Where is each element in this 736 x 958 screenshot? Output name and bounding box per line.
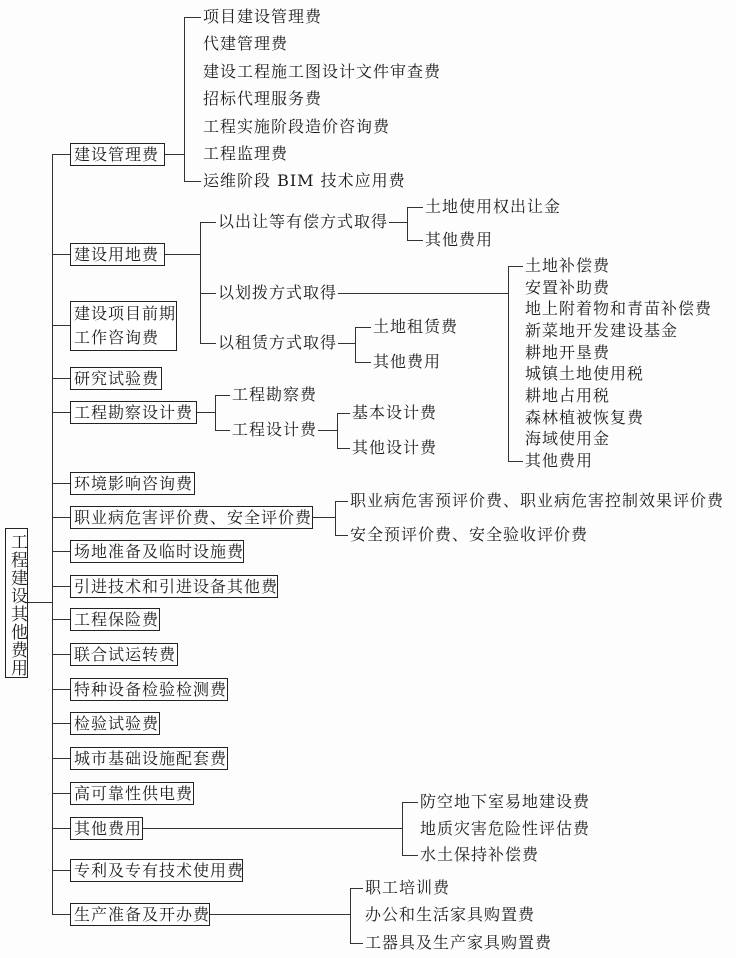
branch-bracket [350, 888, 351, 943]
category-land-use: 建设用地费 [70, 243, 165, 266]
branch-bracket [200, 222, 201, 343]
leaf-item: 地质灾害危险性评估费 [420, 818, 590, 840]
main-trunk-line [52, 154, 53, 914]
branch-connector [338, 293, 508, 294]
sub-branch-paid-transfer: 以出让等有偿方式取得 [218, 211, 388, 233]
leaf-stub [508, 461, 523, 462]
category-stub [52, 914, 70, 915]
category-stub [52, 154, 70, 155]
category-label-line: 工作咨询费 [74, 326, 176, 350]
branch-bracket [402, 802, 403, 855]
leaf-item: 城镇土地使用税 [525, 363, 644, 385]
category-stub [52, 412, 70, 413]
category-preliminary-consulting: 建设项目前期 工作咨询费 [70, 301, 177, 351]
leaf-item: 新菜地开发建设基金 [525, 320, 678, 342]
leaf-item: 工程实施阶段造价咨询费 [203, 116, 390, 138]
leaf-stub [355, 362, 371, 363]
branch-connector [318, 430, 337, 431]
category-research-test: 研究试验费 [70, 367, 162, 390]
category-site-preparation: 场地准备及临时设施费 [70, 540, 244, 563]
leaf-item: 地上附着物和青苗补偿费 [525, 298, 712, 320]
leaf-item: 运维阶段 BIM 技术应用费 [203, 170, 406, 192]
category-stub [52, 517, 70, 518]
sub-branch-stub [200, 293, 216, 294]
leaf-stub [184, 17, 201, 18]
category-special-equipment-inspection: 特种设备检验检测费 [70, 678, 228, 701]
leaf-item: 基本设计费 [352, 402, 437, 424]
leaf-item: 安全预评价费、安全验收评价费 [350, 524, 588, 546]
category-occupational-safety-evaluation: 职业病危害评价费、安全评价费 [70, 506, 313, 529]
leaf-stub [355, 327, 371, 328]
category-stub [52, 551, 70, 552]
category-stub [52, 828, 70, 829]
leaf-item: 耕地占用税 [525, 385, 610, 407]
category-stub [52, 870, 70, 871]
root-connector [28, 602, 52, 603]
branch-bracket [215, 395, 216, 430]
branch-bracket [355, 327, 356, 362]
branch-connector [197, 412, 215, 413]
category-stub [52, 619, 70, 620]
leaf-stub [350, 888, 363, 889]
branch-connector [313, 517, 335, 518]
category-insurance: 工程保险费 [70, 608, 160, 631]
category-imported-technology: 引进技术和引进设备其他费 [70, 575, 278, 598]
sub-branch-design: 工程设计费 [232, 419, 317, 441]
category-production-preparation: 生产准备及开办费 [70, 903, 210, 926]
leaf-stub [337, 413, 350, 414]
leaf-stub [402, 802, 418, 803]
branch-bracket [407, 207, 408, 240]
leaf-item: 土地使用权出让金 [425, 196, 561, 218]
leaf-item: 其他费用 [425, 229, 493, 251]
category-stub [52, 654, 70, 655]
category-construction-management: 建设管理费 [70, 143, 165, 166]
leaf-item: 招标代理服务费 [203, 88, 322, 110]
category-stub [52, 325, 70, 326]
category-stub [52, 689, 70, 690]
leaf-stub [508, 266, 523, 267]
sub-branch-stub [215, 430, 230, 431]
branch-connector [338, 343, 355, 344]
leaf-item: 职业病危害预评价费、职业病危害控制效果评价费 [350, 490, 724, 512]
sub-branch-stub [200, 222, 216, 223]
leaf-item: 安置补助费 [525, 277, 610, 299]
leaf-item: 办公和生活家具购置费 [365, 904, 535, 926]
branch-connector [165, 154, 184, 155]
category-stub [52, 483, 70, 484]
leaf-stub [350, 943, 363, 944]
leaf-item: 土地租赁费 [373, 316, 458, 338]
leaf-item: 防空地下室易地建设费 [420, 791, 590, 813]
root-node: 工程建设其他费用 [5, 528, 28, 678]
leaf-item: 其他设计费 [352, 437, 437, 459]
leaf-item: 项目建设管理费 [203, 6, 322, 28]
branch-connector [389, 222, 407, 223]
leaf-item: 土地补偿费 [525, 255, 610, 277]
branch-bracket [337, 413, 338, 448]
branch-connector [210, 914, 350, 915]
leaf-item: 海域使用金 [525, 428, 610, 450]
category-environmental-consulting: 环境影响咨询费 [70, 472, 195, 495]
leaf-stub [402, 855, 418, 856]
category-stub [52, 793, 70, 794]
category-stub [52, 586, 70, 587]
sub-branch-allocation: 以划拨方式取得 [218, 282, 337, 304]
cost-tree-diagram: 工程建设其他费用 建设管理费 建设用地费 建设项目前期 工作咨询费 研究试验费 … [0, 0, 736, 958]
sub-branch-stub [215, 395, 230, 396]
branch-bracket [508, 266, 509, 461]
leaf-stub [407, 207, 423, 208]
category-municipal-infrastructure: 城市基础设施配套费 [70, 747, 228, 770]
leaf-stub [184, 181, 201, 182]
category-patent-technology: 专利及专有技术使用费 [70, 859, 243, 882]
branch-bracket [335, 501, 336, 535]
branch-bracket [184, 17, 185, 181]
leaf-item: 工器具及生产家具购置费 [365, 932, 552, 954]
category-inspection-test: 检验试验费 [70, 712, 160, 735]
leaf-item: 其他费用 [373, 351, 441, 373]
category-stub [52, 758, 70, 759]
category-survey-design: 工程勘察设计费 [70, 401, 197, 424]
sub-branch-lease: 以租赁方式取得 [218, 332, 337, 354]
leaf-item: 水土保持补偿费 [420, 844, 539, 866]
leaf-item: 工程监理费 [203, 143, 288, 165]
sub-branch-survey: 工程勘察费 [232, 384, 317, 406]
category-label-line: 建设项目前期 [74, 302, 176, 326]
category-joint-commissioning: 联合试运转费 [70, 643, 178, 666]
category-stub [52, 723, 70, 724]
leaf-item: 职工培训费 [365, 877, 450, 899]
leaf-item: 代建管理费 [203, 33, 288, 55]
category-other-fees: 其他费用 [70, 817, 143, 840]
leaf-stub [407, 240, 423, 241]
leaf-stub [335, 501, 348, 502]
category-stub [52, 254, 70, 255]
leaf-item: 耕地开垦费 [525, 342, 610, 364]
category-stub [52, 378, 70, 379]
leaf-item: 其他费用 [525, 450, 593, 472]
branch-connector [143, 828, 402, 829]
leaf-item: 建设工程施工图设计文件审查费 [203, 61, 441, 83]
category-high-reliability-power: 高可靠性供电费 [70, 782, 194, 805]
leaf-item: 森林植被恢复费 [525, 407, 644, 429]
sub-branch-stub [200, 343, 216, 344]
leaf-stub [335, 535, 348, 536]
leaf-stub [337, 448, 350, 449]
branch-connector [165, 254, 200, 255]
